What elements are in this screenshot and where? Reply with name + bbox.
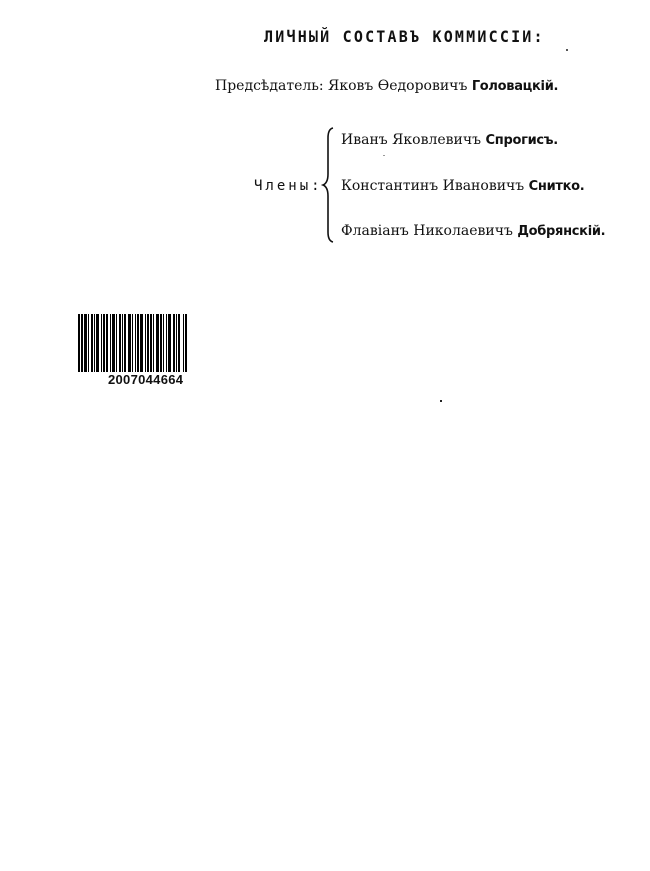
member-surname: Снитко.	[529, 179, 585, 194]
chairman-label: Предсѣдатель:	[215, 78, 324, 94]
member-1: Иванъ Яковлевичъ Спрогисъ.	[341, 132, 558, 148]
scan-speck	[440, 400, 442, 402]
member-name: Иванъ Яковлевичъ	[341, 132, 481, 148]
curly-brace-icon	[320, 126, 338, 244]
member-surname: Спрогисъ.	[486, 133, 558, 148]
chairman-surname: Головацкій.	[472, 79, 558, 94]
page-heading: ЛИЧНЫЙ СОСТАВЪ КОММИССІИ:	[264, 28, 545, 47]
member-3: Флавіанъ Николаевичъ Добрянскій.	[341, 223, 605, 239]
scan-speck	[566, 49, 568, 51]
barcode-number: 2007044664	[108, 372, 183, 387]
member-name: Флавіанъ Николаевичъ	[341, 223, 513, 239]
member-surname: Добрянскій.	[517, 224, 605, 239]
chairman-line: Предсѣдатель: Яковъ Ѳедоровичъ Головацкі…	[215, 78, 558, 94]
scan-speck	[383, 155, 385, 156]
member-name: Константинъ Ивановичъ	[341, 178, 524, 194]
chairman-name: Яковъ Ѳедоровичъ	[328, 78, 467, 94]
member-2: Константинъ Ивановичъ Снитко.	[341, 178, 584, 194]
members-label: Члены:	[254, 178, 323, 194]
barcode-image	[78, 314, 218, 372]
